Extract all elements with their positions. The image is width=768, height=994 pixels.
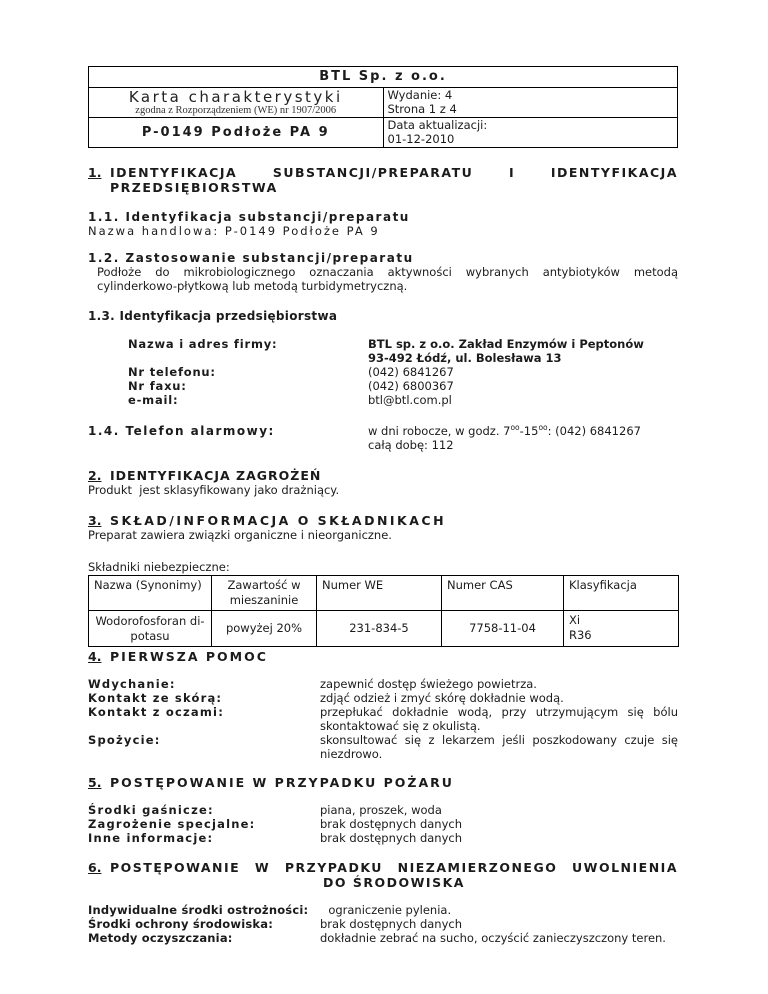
environmental-precautions-value: brak dostępnych danych (320, 917, 678, 931)
skin-contact-row: Kontakt ze skórą: zdjąć odzież i zmyć sk… (88, 691, 678, 705)
page-number: Strona 1 z 4 (388, 103, 674, 117)
component-we-number: 231-834-5 (317, 611, 442, 647)
emergency-phone-label: 1.4. Telefon alarmowy: (88, 424, 368, 438)
cleaning-methods-label: Metody oczyszczania: (88, 931, 320, 945)
company-details: Nazwa i adres firmy: BTL sp. z o.o. Zakł… (128, 337, 678, 407)
phone-value: (042) 6841267 (368, 365, 678, 379)
section-1-2-title: 1.2. Zastosowanie substancji/preparatu (88, 251, 678, 265)
company-address-label: Nazwa i adres firmy: (128, 337, 368, 351)
update-date: 01-12-2010 (388, 133, 674, 147)
extinguishing-media-value: piana, proszek, woda (320, 803, 678, 817)
personal-precautions-value: ograniczenie pylenia. (328, 903, 678, 917)
other-info-label: Inne informacje: (88, 831, 320, 845)
section-1-3-title: 1.3. Identyfikacja przedsiębiorstwa (88, 309, 678, 323)
section-2-heading: 2. IDENTYFIKACJA ZAGROŻEŃ (88, 468, 678, 483)
components-table-caption: Składniki niebezpieczne: (88, 560, 678, 574)
section-2-number: 2. (88, 468, 110, 483)
special-hazard-value: brak dostępnych danych (320, 817, 678, 831)
update-date-cell: Data aktualizacji: 01-12-2010 (383, 118, 678, 148)
email-label: e-mail: (128, 393, 368, 407)
usage-description: Podłoże do mikrobiologicznego oznaczania… (88, 265, 678, 293)
trade-name: Nazwa handlowa: P-0149 Podłoże PA 9 (88, 224, 678, 238)
col-header-content: Zawartość w mieszaninie (212, 576, 317, 611)
eye-contact-row: Kontakt z oczami: przepłukać dokładnie w… (88, 705, 678, 733)
section-4-number: 4. (88, 649, 110, 664)
section-6-title: POSTĘPOWANIE W PRZYPADKU NIEZAMIERZONEGO… (110, 860, 678, 890)
component-row: Wodorofosforan di-potasu powyżej 20% 231… (89, 611, 679, 647)
cleaning-methods-value: dokładnie zebrać na sucho, oczyścić zani… (320, 931, 678, 945)
document-title-cell: Karta charakterystyki zgodna z Rozporząd… (89, 88, 384, 118)
section-1-heading: 1. IDENTYFIKACJA SUBSTANCJI/PREPARATU I … (88, 165, 678, 195)
section-2-title: IDENTYFIKACJA ZAGROŻEŃ (110, 468, 678, 483)
inhalation-label: Wdychanie: (88, 677, 320, 691)
emergency-phone-value: w dni robocze, w godz. 7oo-15oo: (042) 6… (368, 424, 678, 452)
section-3-title: SKŁAD/INFORMACJA O SKŁADNIKACH (110, 513, 678, 528)
header-table: BTL Sp. z o.o. Karta charakterystyki zgo… (88, 66, 678, 148)
components-header-row: Nazwa (Synonimy) Zawartość w mieszaninie… (89, 576, 679, 611)
section-5-heading: 5. POSTĘPOWANIE W PRZYPADKU POŻARU (88, 775, 678, 790)
fire-measures-rows: Środki gaśnicze: piana, proszek, woda Za… (88, 803, 678, 845)
fax-value: (042) 6800367 (368, 379, 678, 393)
component-cas-number: 7758-11-04 (442, 611, 564, 647)
emergency-phone-line1: w dni robocze, w godz. 7oo-15oo: (042) 6… (368, 424, 678, 438)
extinguishing-media-label: Środki gaśnicze: (88, 803, 320, 817)
special-hazard-label: Zagrożenie specjalne: (88, 817, 320, 831)
update-date-label: Data aktualizacji: (388, 119, 674, 133)
special-hazard-row: Zagrożenie specjalne: brak dostępnych da… (88, 817, 678, 831)
ingestion-row: Spożycie: skonsultować się z lekarzem je… (88, 733, 678, 761)
section-3-number: 3. (88, 513, 110, 528)
personal-precautions-row: Indywidualne środki ostrożności: ogranic… (88, 903, 678, 917)
personal-precautions-label: Indywidualne środki ostrożności: (88, 903, 328, 917)
component-name: Wodorofosforan di-potasu (89, 611, 212, 647)
phone-row: Nr telefonu: (042) 6841267 (128, 365, 678, 379)
document-page: BTL Sp. z o.o. Karta charakterystyki zgo… (0, 0, 768, 994)
page-content: BTL Sp. z o.o. Karta charakterystyki zgo… (88, 66, 678, 945)
section-5-title: POSTĘPOWANIE W PRZYPADKU POŻARU (110, 775, 678, 790)
fax-label: Nr faxu: (128, 379, 368, 393)
first-aid-rows: Wdychanie: zapewnić dostęp świeżego powi… (88, 677, 678, 761)
section-1-number: 1. (88, 165, 110, 195)
component-classification: Xi R36 (564, 611, 679, 647)
fax-row: Nr faxu: (042) 6800367 (128, 379, 678, 393)
extinguishing-media-row: Środki gaśnicze: piana, proszek, woda (88, 803, 678, 817)
col-header-name: Nazwa (Synonimy) (89, 576, 212, 611)
col-header-we-number: Numer WE (317, 576, 442, 611)
emergency-phone-line2: całą dobę: 112 (368, 438, 678, 452)
skin-contact-label: Kontakt ze skórą: (88, 691, 320, 705)
col-header-cas-number: Numer CAS (442, 576, 564, 611)
environmental-precautions-label: Środki ochrony środowiska: (88, 917, 320, 931)
composition-statement: Preparat zawiera związki organiczne i ni… (88, 528, 678, 542)
phone-label: Nr telefonu: (128, 365, 368, 379)
email-value: btl@btl.com.pl (368, 393, 678, 407)
section-3-heading: 3. SKŁAD/INFORMACJA O SKŁADNIKACH (88, 513, 678, 528)
eye-contact-value: przepłukać dokładnie wodą, przy utrzymuj… (320, 705, 678, 733)
accidental-release-rows: Indywidualne środki ostrożności: ogranic… (88, 903, 678, 945)
section-4-title: PIERWSZA POMOC (110, 649, 678, 664)
ingestion-value: skonsultować się z lekarzem jeśli poszko… (320, 733, 678, 761)
document-subtitle: zgodna z Rozporządzeniem (WE) nr 1907/20… (93, 105, 379, 116)
col-header-classification: Klasyfikacja (564, 576, 679, 611)
email-row: e-mail: btl@btl.com.pl (128, 393, 678, 407)
edition-cell: Wydanie: 4 Strona 1 z 4 (383, 88, 678, 118)
section-6-number: 6. (88, 860, 110, 890)
company-name: BTL Sp. z o.o. (89, 67, 678, 88)
component-content: powyżej 20% (212, 611, 317, 647)
skin-contact-value: zdjąć odzież i zmyć skórę dokładnie wodą… (320, 691, 678, 705)
section-1-title: IDENTYFIKACJA SUBSTANCJI/PREPARATU I IDE… (110, 165, 678, 195)
inhalation-row: Wdychanie: zapewnić dostęp świeżego powi… (88, 677, 678, 691)
section-6-heading: 6. POSTĘPOWANIE W PRZYPADKU NIEZAMIERZON… (88, 860, 678, 890)
other-info-value: brak dostępnych danych (320, 831, 678, 845)
environmental-precautions-row: Środki ochrony środowiska: brak dostępny… (88, 917, 678, 931)
company-address-row: Nazwa i adres firmy: BTL sp. z o.o. Zakł… (128, 337, 678, 365)
eye-contact-label: Kontakt z oczami: (88, 705, 320, 719)
ingestion-label: Spożycie: (88, 733, 320, 747)
edition: Wydanie: 4 (388, 89, 674, 103)
product-name: P-0149 Podłoże PA 9 (89, 118, 384, 148)
cleaning-methods-row: Metody oczyszczania: dokładnie zebrać na… (88, 931, 678, 945)
other-info-row: Inne informacje: brak dostępnych danych (88, 831, 678, 845)
document-title: Karta charakterystyki (93, 89, 379, 105)
section-4-heading: 4. PIERWSZA POMOC (88, 649, 678, 664)
emergency-phone-row: 1.4. Telefon alarmowy: w dni robocze, w … (88, 424, 678, 452)
section-5-number: 5. (88, 775, 110, 790)
inhalation-value: zapewnić dostęp świeżego powietrza. (320, 677, 678, 691)
components-table: Nazwa (Synonimy) Zawartość w mieszaninie… (88, 575, 679, 647)
section-1-1-title: 1.1. Identyfikacja substancji/preparatu (88, 210, 678, 224)
hazard-statement: Produkt jest sklasyfikowany jako drażnią… (88, 483, 678, 497)
company-address-value: BTL sp. z o.o. Zakład Enzymów i Peptonów… (368, 337, 678, 365)
